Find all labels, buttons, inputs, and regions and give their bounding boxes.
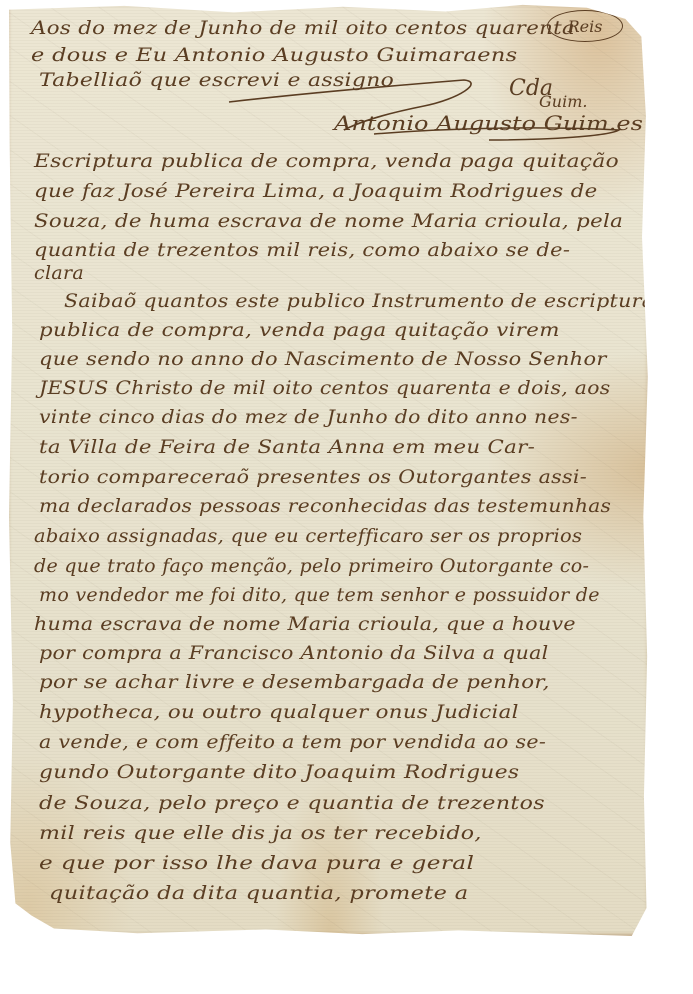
paragraph-line-7: torio compareceraõ presentes os Outorgan…: [39, 466, 587, 488]
paragraph-line-9: abaixo assignadas, que eu certefficaro s…: [34, 525, 582, 547]
paragraph-line-3: que sendo no anno do Nascimento de Nosso…: [39, 348, 607, 370]
heading-line-4: quantia de trezentos mil reis, como abai…: [34, 239, 570, 261]
heading-line-5: clara: [34, 262, 84, 284]
paragraph-line-17: gundo Outorgante dito Joaquim Rodrigues: [39, 761, 519, 783]
paragraph-line-5: vinte cinco dias do mez de Junho do dito…: [39, 406, 578, 428]
heading-line-2: que faz José Pereira Lima, a Joaquim Rod…: [34, 180, 598, 202]
paragraph-line-16: a vende, e com effeito a tem por vendida…: [39, 731, 546, 753]
paragraph-line-2: publica de compra, venda paga quitação v…: [39, 319, 560, 341]
top-line-2: e dous e Eu Antonio Augusto Guimaraens: [31, 44, 517, 66]
paragraph-line-21: quitação da dita quantia, promete a: [49, 882, 468, 904]
top-line-1: Aos do mez de Junho de mil oito centos q…: [31, 17, 575, 39]
heading-line-3: Souza, de huma escrava de nome Maria cri…: [34, 210, 623, 232]
paragraph-line-1: Saibaõ quantos este publico Instrumento …: [64, 290, 654, 312]
paragraph-line-11: mo vendedor me foi dito, que tem senhor …: [39, 584, 600, 606]
manuscript-page: Reis Aos do mez de Junho de mil oito cen…: [9, 4, 651, 936]
paragraph-line-4: JESUS Christo de mil oito centos quarent…: [39, 377, 611, 399]
paragraph-line-15: hypotheca, ou outro qualquer onus Judici…: [39, 701, 519, 723]
paragraph-line-12: huma escrava de nome Maria crioula, que …: [34, 613, 576, 635]
paragraph-line-13: por compra a Francisco Antonio da Silva …: [39, 642, 549, 664]
paragraph-line-6: ta Villa de Feira de Santa Anna em meu C…: [39, 436, 535, 458]
heading-line-1: Escriptura publica de compra, venda paga…: [34, 150, 619, 172]
paragraph-line-8: ma declarados pessoas reconhecidas das t…: [39, 495, 611, 517]
paragraph-line-14: por se achar livre e desembargada de pen…: [39, 671, 550, 693]
signature: Antonio Augusto Guim.es: [334, 111, 643, 135]
paragraph-line-20: e que por isso lhe dava pura e geral: [39, 852, 474, 874]
paragraph-line-19: mil reis que elle dis ja os ter recebido…: [39, 822, 482, 844]
top-line-3: Tabelliaõ que escrevi e assigno: [39, 69, 394, 91]
closing-title: Guim.: [539, 92, 587, 111]
paragraph-line-18: de Souza, pelo preço e quantia de trezen…: [39, 792, 545, 814]
paragraph-line-10: de que trato faço menção, pelo primeiro …: [34, 555, 589, 577]
